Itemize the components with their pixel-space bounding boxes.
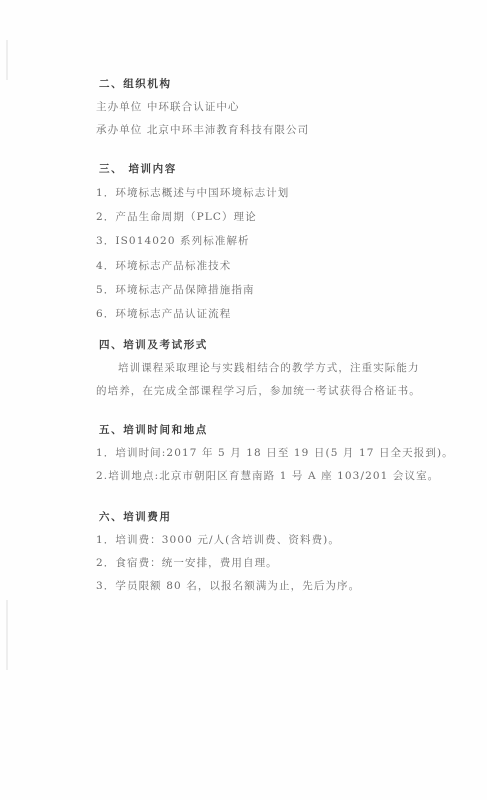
exam-format-paragraph-line: 培训课程采取理论与实践相结合的教学方式，注重实际能力 xyxy=(118,361,420,375)
content-item: 1．环境标志概述与中国环境标志计划 xyxy=(96,186,289,200)
training-location-line: 2.培训地点:北京市朝阳区育慧南路 1 号 A 座 103/201 会议室。 xyxy=(96,469,439,483)
content-item: 3．IS014020 系列标准解析 xyxy=(96,234,250,248)
training-time-line: 1．培训时间:2017 年 5 月 18 日至 19 日(5 月 17 日全天报… xyxy=(96,446,454,460)
fee-item: 2．食宿费：统一安排，费用自理。 xyxy=(96,556,278,570)
section-heading-time-location: 五、培训时间和地点 xyxy=(99,423,208,437)
document-page: 二、组织机构 主办单位 中环联合认证中心 承办单位 北京中环丰沛教育科技有限公司… xyxy=(0,0,487,800)
fee-item: 3．学员限额 80 名，以报名额满为止，先后为序。 xyxy=(96,579,360,593)
content-item: 4．环境标志产品标准技术 xyxy=(96,259,231,273)
scan-edge-mark xyxy=(6,40,8,80)
organizer-line: 主办单位 中环联合认证中心 xyxy=(96,100,240,114)
section-heading-training-content: 三、 培训内容 xyxy=(99,162,177,176)
content-item: 5．环境标志产品保障措施指南 xyxy=(96,283,255,297)
section-heading-organization: 二、组织机构 xyxy=(99,77,172,91)
co-organizer-line: 承办单位 北京中环丰沛教育科技有限公司 xyxy=(96,123,309,137)
scan-edge-mark xyxy=(6,600,8,670)
content-item: 2．产品生命周期（PLC）理论 xyxy=(96,210,257,224)
fee-item: 1．培训费：3000 元/人(含培训费、资料费)。 xyxy=(96,533,340,547)
exam-format-paragraph-line: 的培养，在完成全部课程学习后，参加统一考试获得合格证书。 xyxy=(96,384,421,398)
content-item: 6．环境标志产品认证流程 xyxy=(96,307,231,321)
section-heading-exam-format: 四、培训及考试形式 xyxy=(99,338,208,352)
section-heading-fees: 六、培训费用 xyxy=(99,510,172,524)
